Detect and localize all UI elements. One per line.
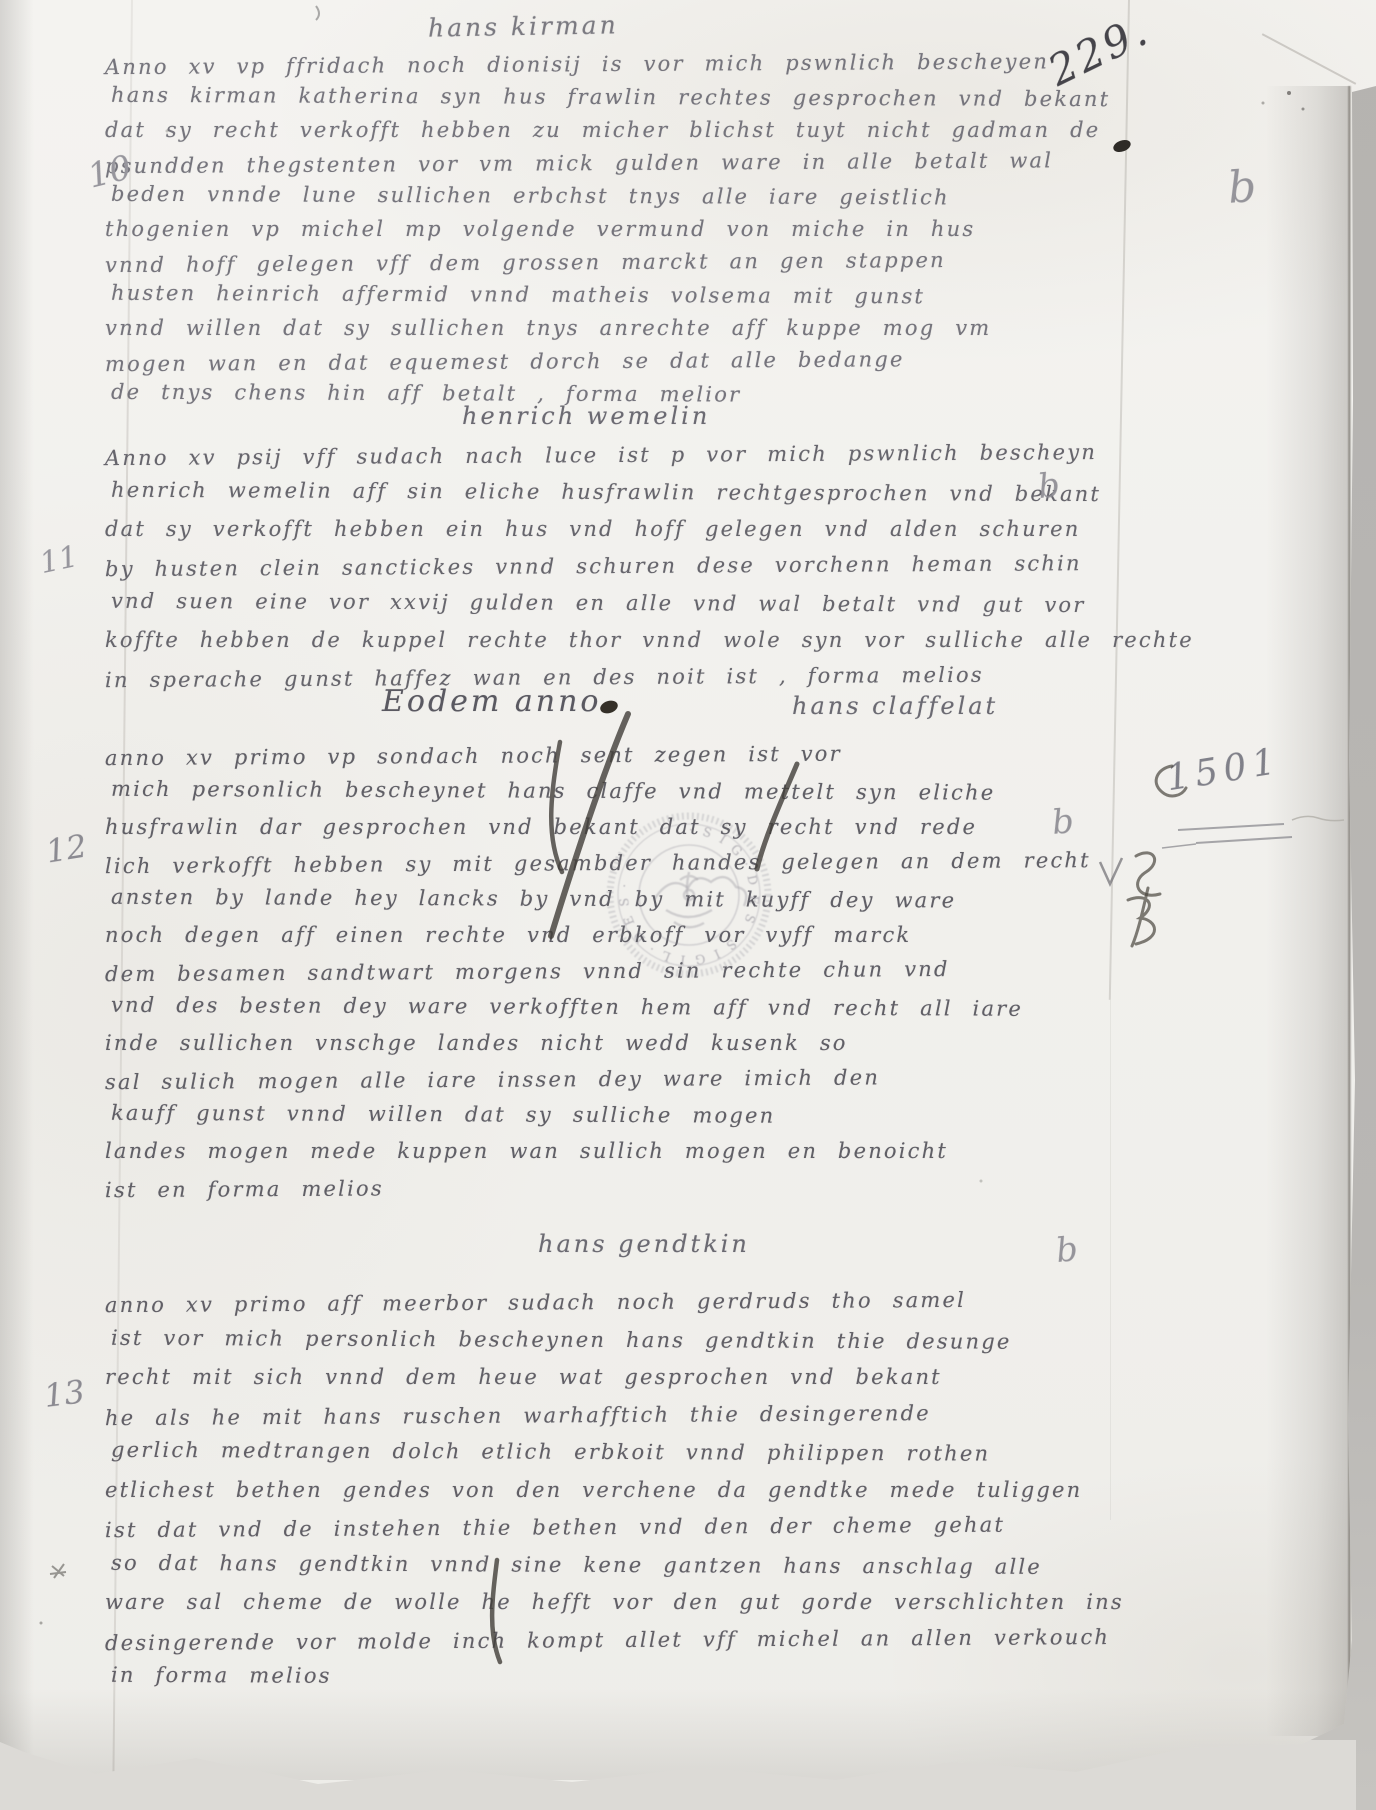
manuscript-line: ansten by lande hey lancks by vnd by mit…: [111, 879, 1141, 919]
page-edge: [1348, 86, 1351, 1736]
manuscript-line: vnnd hoff gelegen vff dem grossen marckt…: [105, 243, 1135, 282]
page-edge-shadow: [1266, 86, 1350, 1736]
manuscript-line: vnd des besten dey ware verkofften hem a…: [111, 987, 1141, 1027]
manuscript-line: recht mit sich vnnd dem heue wat gesproc…: [105, 1359, 1135, 1397]
manuscript-line: sal sulich mogen alle iare inssen dey wa…: [105, 1058, 1135, 1100]
manuscript-line: noch degen aff einen rechte vnd erbkoff …: [105, 917, 1135, 953]
manuscript-line: in forma melios: [111, 1657, 1141, 1699]
manuscript-page: 229. hans kirman henrich wemelin Eodem a…: [0, 0, 1376, 1810]
entry-11-text: Anno xv psij vff sudach nach luce ist p …: [105, 437, 1135, 696]
margin-mark-b-1: b: [1226, 161, 1258, 214]
ink-star-blot: [50, 1564, 66, 1578]
margin-mark-b-2: b: [1036, 465, 1062, 507]
manuscript-line: Anno xv psij vff sudach nach luce ist p …: [105, 434, 1135, 477]
margin-mark-b-4: b: [1054, 1229, 1080, 1271]
manuscript-line: ware sal cheme de wolle he hefft vor den…: [105, 1584, 1135, 1622]
manuscript-line: psundden thegstenten vor vm mick gulden …: [105, 144, 1135, 183]
manuscript-line: koffte hebben de kuppel rechte thor vnnd…: [105, 622, 1135, 659]
margin-entry-number-11: 11: [37, 539, 82, 581]
manuscript-line: Anno xv vp ffridach noch dionisij is vor…: [105, 45, 1135, 84]
entry-heading-gendtkin: hans gendtkin: [538, 1230, 750, 1258]
corner-crease: [1262, 33, 1357, 85]
manuscript-line: so dat hans gendtkin vnnd sine kene gant…: [111, 1544, 1141, 1586]
manuscript-scan: { "document": { "folio_number": "229.", …: [0, 0, 1376, 1810]
manuscript-line: dat sy recht verkofft hebben zu micher b…: [105, 114, 1135, 147]
manuscript-line: ist dat vnd de instehen thie bethen vnd …: [105, 1506, 1135, 1550]
manuscript-line: in sperache gunst haffez wan en des noit…: [105, 656, 1135, 699]
margin-mark-b-3: b: [1050, 801, 1075, 843]
manuscript-line: dem besamen sandtwart morgens vnnd sin r…: [105, 950, 1135, 992]
manuscript-line: kauff gunst vnnd willen dat sy sulliche …: [111, 1095, 1141, 1135]
margin-entry-number-13: 13: [42, 1373, 87, 1416]
manuscript-line: inde sullichen vnschge landes nicht wedd…: [105, 1025, 1135, 1061]
manuscript-line: mich personlich bescheynet hans claffe v…: [111, 771, 1141, 811]
entry-10-text: Anno xv vp ffridach noch dionisij is vor…: [105, 48, 1135, 411]
entry-heading-kirman: hans kirman: [428, 10, 619, 42]
manuscript-line: ist en forma melios: [105, 1166, 1135, 1208]
manuscript-line: vnd suen eine vor xxvij gulden en alle v…: [111, 583, 1141, 624]
manuscript-line: thogenien vp michel mp volgende vermund …: [105, 213, 1135, 246]
manuscript-line: by husten clein sanctickes vnnd schuren …: [105, 545, 1135, 588]
manuscript-line: hans kirman katherina syn hus frawlin re…: [111, 79, 1141, 116]
manuscript-line: henrich wemelin aff sin eliche husfrawli…: [111, 472, 1141, 513]
manuscript-line: de tnys chens hin aff betalt , forma mel…: [111, 376, 1141, 413]
manuscript-line: etlichest bethen gendes von den verchene…: [105, 1472, 1135, 1510]
manuscript-line: landes mogen mede kuppen wan sullich mog…: [105, 1133, 1135, 1169]
binding-gutter-shadow: [0, 0, 34, 1810]
manuscript-line: he als he mit hans ruschen warhafftich t…: [105, 1393, 1135, 1437]
manuscript-line: mogen wan en dat equemest dorch se dat a…: [105, 342, 1135, 381]
manuscript-line: husfrawlin dar gesprochen vnd bekant dat…: [105, 809, 1135, 845]
manuscript-line: husten heinrich affermid vnnd matheis vo…: [111, 277, 1141, 314]
paper-specks: [0, 0, 2, 2]
manuscript-line: gerlich medtrangen dolch etlich erbkoit …: [111, 1432, 1141, 1474]
manuscript-line: beden vnnde lune sullichen erbchst tnys …: [111, 178, 1141, 215]
entry-13-text: anno xv primo aff meerbor sudach noch ge…: [105, 1284, 1135, 1697]
margin-entry-number-12: 12: [43, 827, 89, 871]
manuscript-line: ist vor mich personlich bescheynen hans …: [111, 1319, 1141, 1361]
entry-heading-claffelat: hans claffelat: [792, 692, 998, 720]
manuscript-line: lich verkofft hebben sy mit gesambder ha…: [105, 842, 1135, 884]
entry-12-text: anno xv primo vp sondach noch sent zegen…: [105, 737, 1135, 1205]
manuscript-line: vnnd willen dat sy sullichen tnys anrech…: [105, 312, 1135, 345]
manuscript-line: dat sy verkofft hebben ein hus vnd hoff …: [105, 511, 1135, 548]
manuscript-line: anno xv primo vp sondach noch sent zegen…: [105, 734, 1135, 776]
manuscript-line: anno xv primo aff meerbor sudach noch ge…: [105, 1281, 1135, 1325]
manuscript-line: desingerende vor molde inch kompt allet …: [105, 1618, 1135, 1662]
